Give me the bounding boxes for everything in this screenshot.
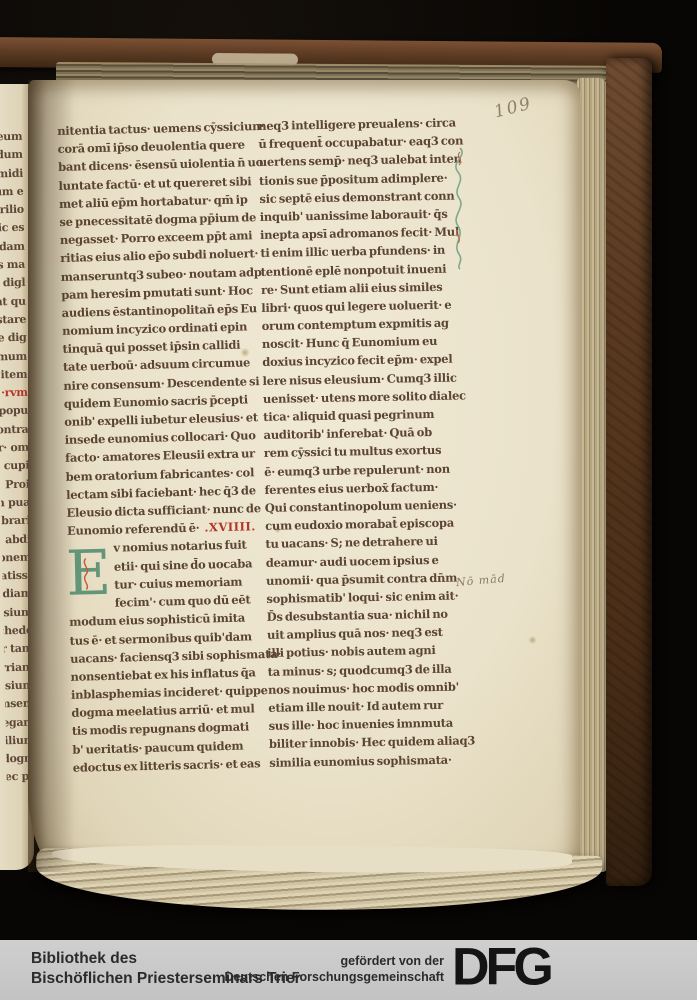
facing-text-fragment: item	[0, 366, 27, 385]
facing-text-fragment: r digl	[0, 274, 26, 293]
facing-text-fragment: constare	[0, 311, 26, 330]
facing-text-fragment: elebrari	[1, 512, 30, 531]
digitized-manuscript-scan: deuma dumgmidinum eerilioillic esdams ma…	[0, 0, 697, 1000]
facing-text-fragment: num e	[0, 183, 24, 202]
funding-credit: gefördert von der Deutschen Forschungsge…	[225, 953, 445, 985]
chapter-number: .XVIIII.	[204, 519, 256, 534]
manuscript-line: ē· eumq3 urbe repulerunt· non	[264, 459, 472, 481]
chapter-line-text: Eunomio referendū ē·	[67, 521, 200, 538]
left-text-column: nitentia tactus· uemens cȳssiciun·corā o…	[57, 117, 271, 777]
footer-bar: Bibliothek des Bischöflichen Priestersem…	[0, 940, 697, 1000]
manuscript-line: fecim'· cum quo dū eēt	[115, 590, 267, 612]
photo-background: deuma dumgmidinum eerilioillic esdams ma…	[0, 0, 697, 940]
funding-credit-line1: gefördert von der	[225, 953, 445, 969]
illuminated-initial-letter: E	[65, 540, 107, 611]
facing-text-fragment: int qu	[0, 292, 26, 311]
facing-text-fragment: deum	[0, 128, 22, 147]
illuminated-initial-block: E v nomius notarius fuitetii· qui sine d…	[67, 535, 267, 613]
manuscript-line: edoctus ex litteris sacris· et eas	[73, 754, 271, 777]
manuscript-page: 109 nitentia tactus· uemens cȳssiciun·co…	[28, 80, 580, 880]
facing-text-fragment: s ma	[0, 256, 25, 275]
fore-edge-page-stack	[577, 78, 608, 872]
manuscript-line: nos nouimus· hoc modis omnib'	[268, 677, 476, 699]
facing-text-fragment: abdi	[2, 530, 31, 549]
parchment-stain	[528, 636, 537, 644]
facing-text-fragment: em pua	[1, 494, 30, 513]
left-column-top-lines: nitentia tactus· uemens cȳssiciun·corā o…	[57, 117, 265, 522]
initial-red-flourish-icon	[78, 557, 95, 591]
funding-credit-line2: Deutschen Forschungsgemeinschaft	[225, 969, 445, 985]
right-text-column: neq3 intelligere preualens· circaū frequ…	[258, 113, 477, 771]
pen-flourish-decoration-icon	[446, 146, 472, 270]
facing-text-fragment: e dig	[0, 329, 27, 348]
facing-text-fragment: gmidi	[0, 164, 23, 183]
facing-text-fragment: erilio	[0, 201, 24, 220]
facing-text-fragment: ationem	[2, 549, 31, 568]
facing-text-fragment: illic es	[0, 219, 24, 238]
manuscript-line: similia eunomius sophismata·	[269, 750, 477, 772]
book-cover-right	[606, 58, 652, 886]
facing-text-fragment: dam	[0, 238, 25, 257]
facing-text-fragment: rvm·	[0, 384, 28, 403]
facing-text-fragment: Proi	[0, 475, 29, 494]
dfg-logo: DFG	[452, 936, 550, 997]
folio-number: 109	[492, 94, 534, 123]
facing-text-fragment: no cupi	[0, 457, 29, 476]
facing-text-fragment: mum	[0, 347, 27, 366]
facing-text-fragment: o contra	[0, 420, 29, 439]
manuscript-line: uenisset· utens more solito dialec	[263, 386, 471, 408]
left-column-bottom-lines: modum eius sophisticū imitatus ē· et ser…	[69, 608, 271, 776]
manuscript-line: etii· qui sine d̄o uocaba	[114, 554, 266, 576]
facing-text-fragment: a dum	[0, 146, 23, 165]
facing-text-fragment: ar· om	[0, 439, 29, 458]
facing-text-fragment: popu	[0, 402, 28, 421]
